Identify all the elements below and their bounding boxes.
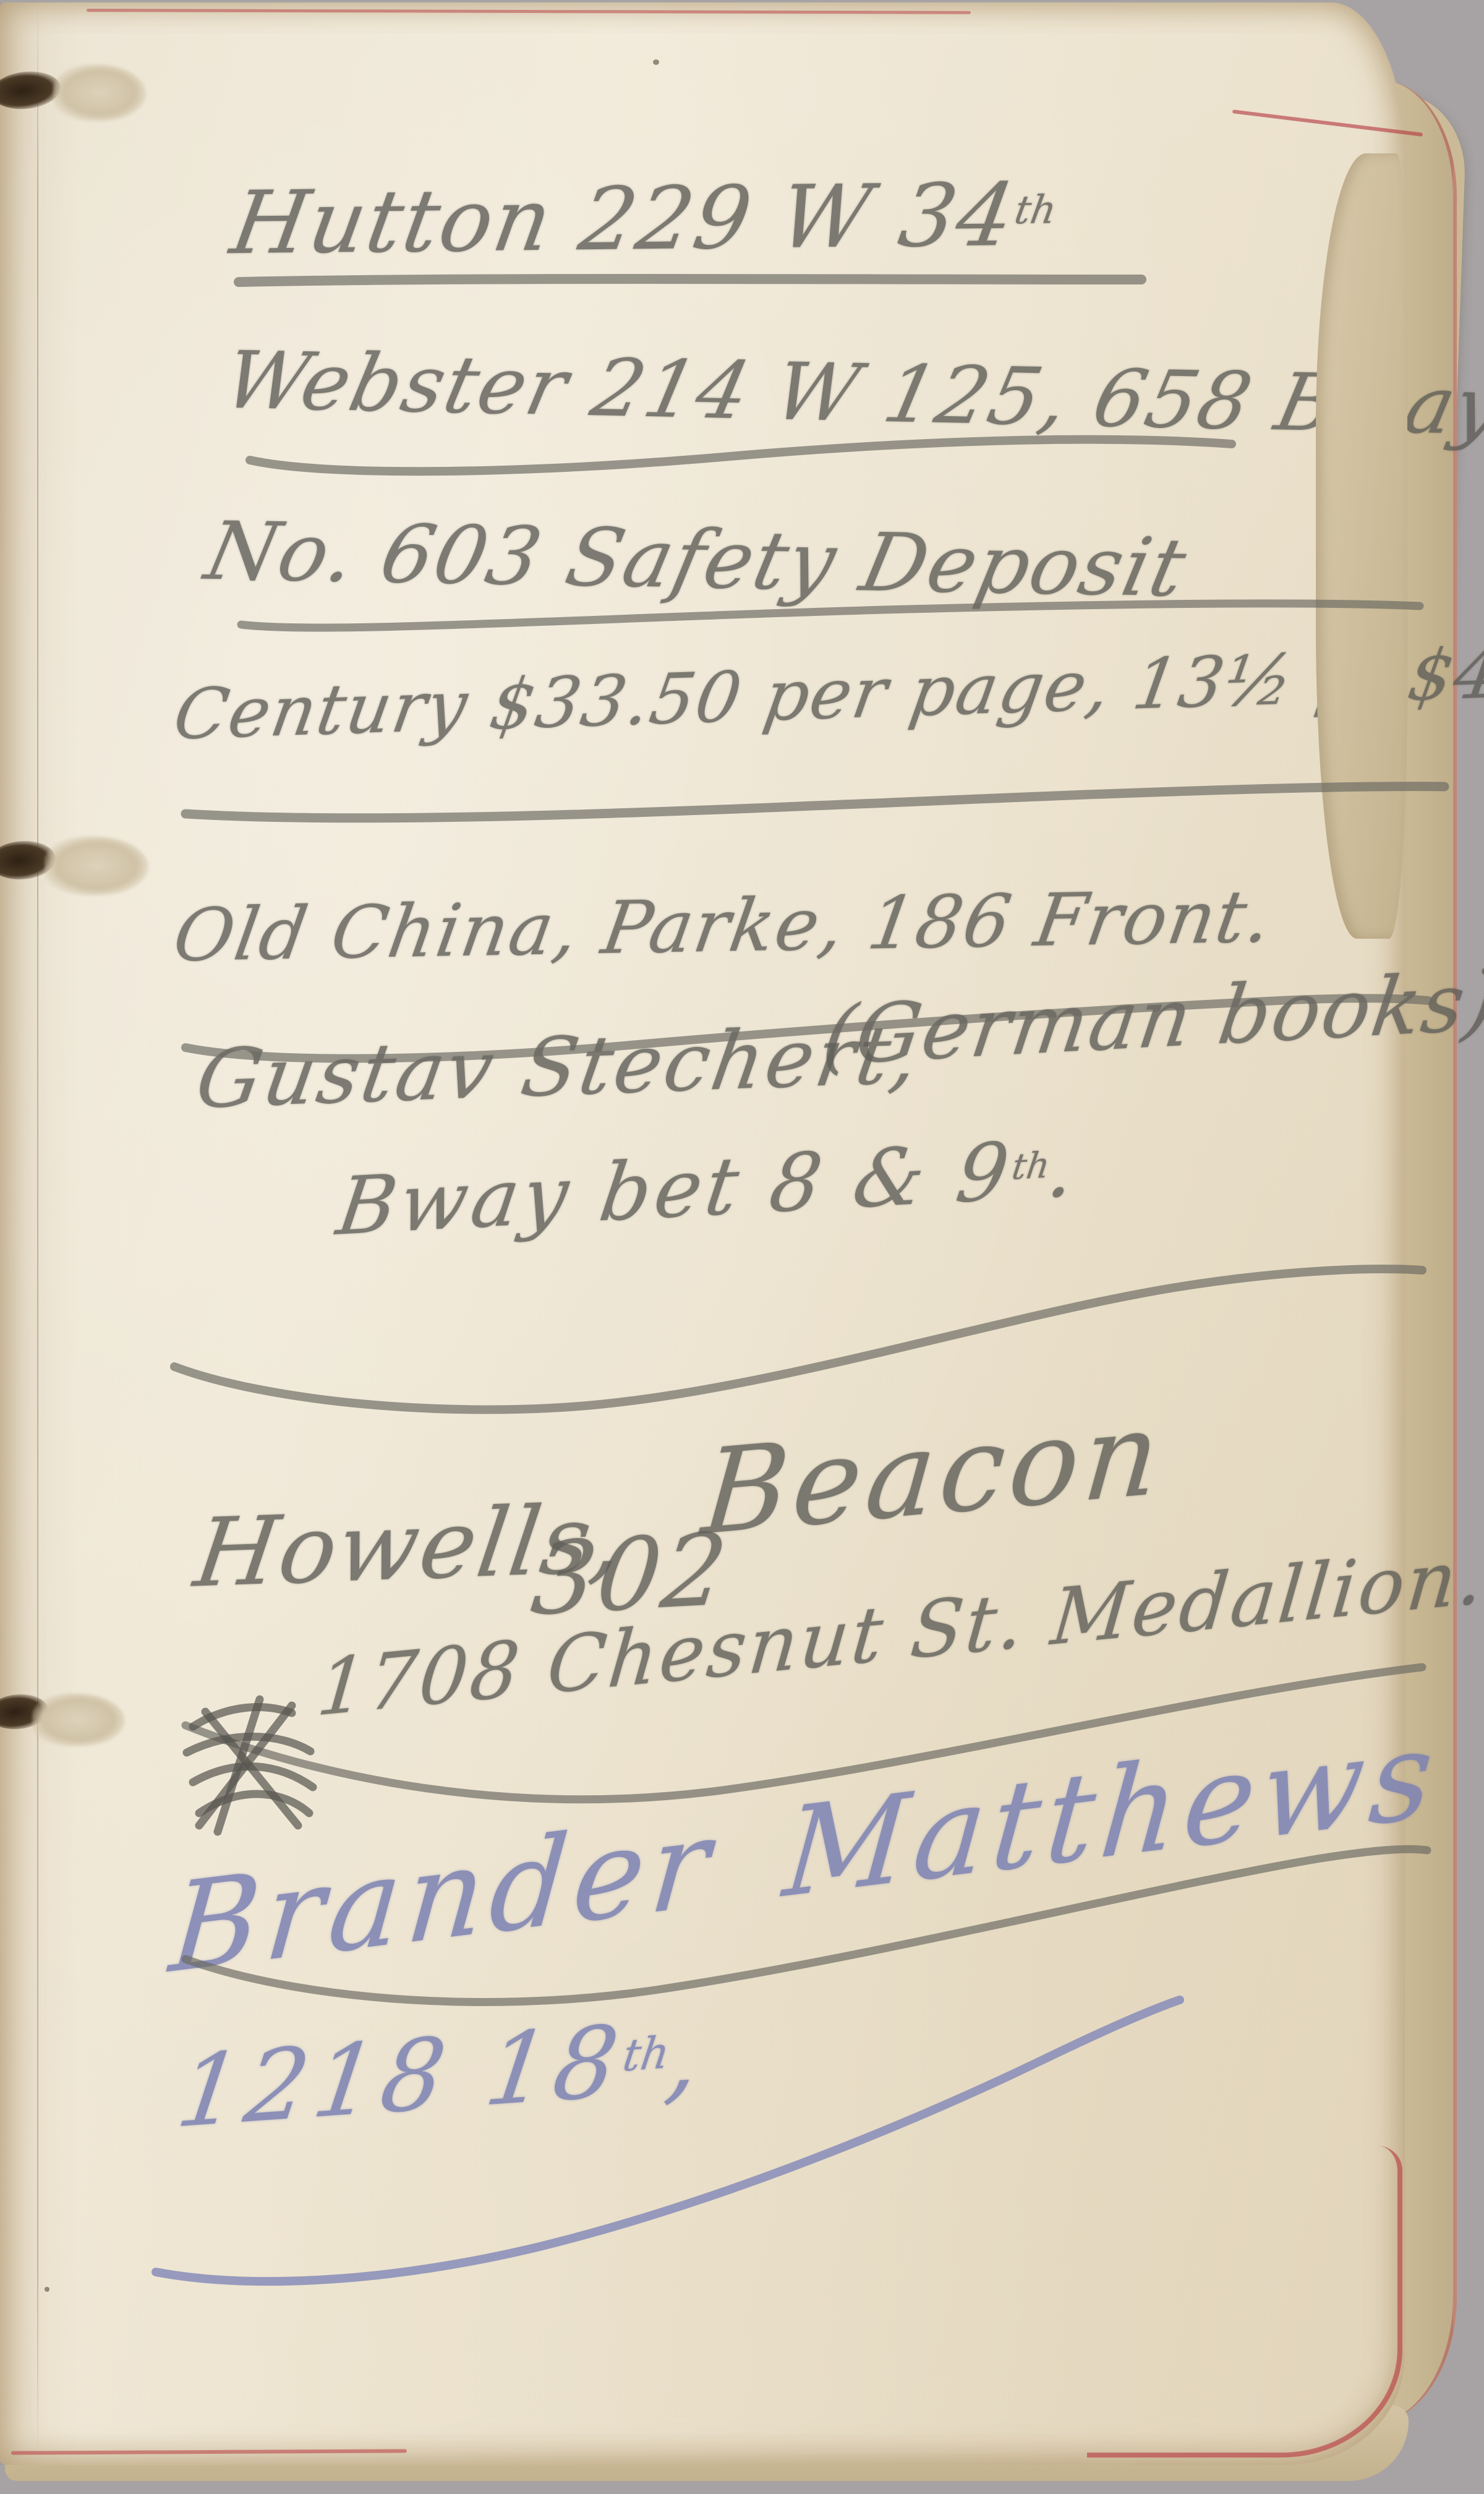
- entry-old-china: Old China, Parke, 186 Front.: [169, 880, 1277, 972]
- entry-text: ,: [660, 1998, 714, 2116]
- entry-century: Century $33.50 per page, 13½ p. $450.: [169, 635, 1484, 750]
- entry-text: (German books): [817, 954, 1484, 1083]
- entry-stechert-name: Gustav Stechert,: [191, 1014, 926, 1120]
- notebook-page: Hutton 229 W 34th Webster 214 W 125, 658…: [0, 2, 1405, 2465]
- binding-thread: [53, 64, 146, 121]
- entry-text: Beacon: [697, 1385, 1169, 1562]
- entry-text: Hutton 229 W 34: [224, 165, 1023, 275]
- red-stained-corner: [1087, 2146, 1402, 2458]
- entry-text: 1218 18: [171, 2004, 631, 2150]
- entry-webster: Webster 214 W 125, 658 Bway: [218, 341, 1484, 447]
- paper-speck: [45, 2287, 49, 2292]
- entry-text: Old China, Parke, 186 Front.: [168, 874, 1279, 978]
- notebook-photo: Hutton 229 W 34th Webster 214 W 125, 658…: [0, 0, 1484, 2494]
- binding-shadow: [0, 2, 80, 2465]
- ordinal-superscript: th: [620, 2026, 673, 2082]
- entry-howells-street: Beacon: [698, 1394, 1168, 1552]
- entry-stechert-address: Bway bet 8 & 9th.: [333, 1129, 1083, 1247]
- entry-hutton: Hutton 229 W 34th: [226, 172, 1062, 267]
- entry-matthews-address: 1218 18th,: [172, 2006, 712, 2142]
- paper-speck: [653, 59, 659, 65]
- entry-stechert-parenthetical: (German books): [819, 960, 1484, 1077]
- entry-text: .: [1043, 1122, 1085, 1216]
- entry-text: Brander Matthews: [165, 1702, 1444, 2001]
- entry-text: Gustav Stechert,: [190, 1007, 927, 1127]
- binding-crease: [37, 2, 38, 2465]
- ordinal-superscript: th: [1009, 1144, 1052, 1188]
- entry-text: Webster 214 W 125, 658 Bway: [216, 335, 1484, 453]
- worn-page-edge: [1316, 153, 1407, 939]
- entry-brander-matthews: Brander Matthews: [166, 1712, 1444, 1991]
- binding-thread: [32, 1693, 125, 1746]
- entry-text: Bway bet 8 & 9: [331, 1125, 1018, 1253]
- ordinal-superscript: th: [1012, 187, 1060, 233]
- entry-safety-deposit: No. 603 Safety Deposit: [199, 511, 1193, 608]
- binding-thread: [45, 836, 148, 895]
- entry-text: No. 603 Safety Deposit: [198, 504, 1195, 615]
- entry-text: Century $33.50 per page, 13½ p. $450.: [168, 630, 1484, 756]
